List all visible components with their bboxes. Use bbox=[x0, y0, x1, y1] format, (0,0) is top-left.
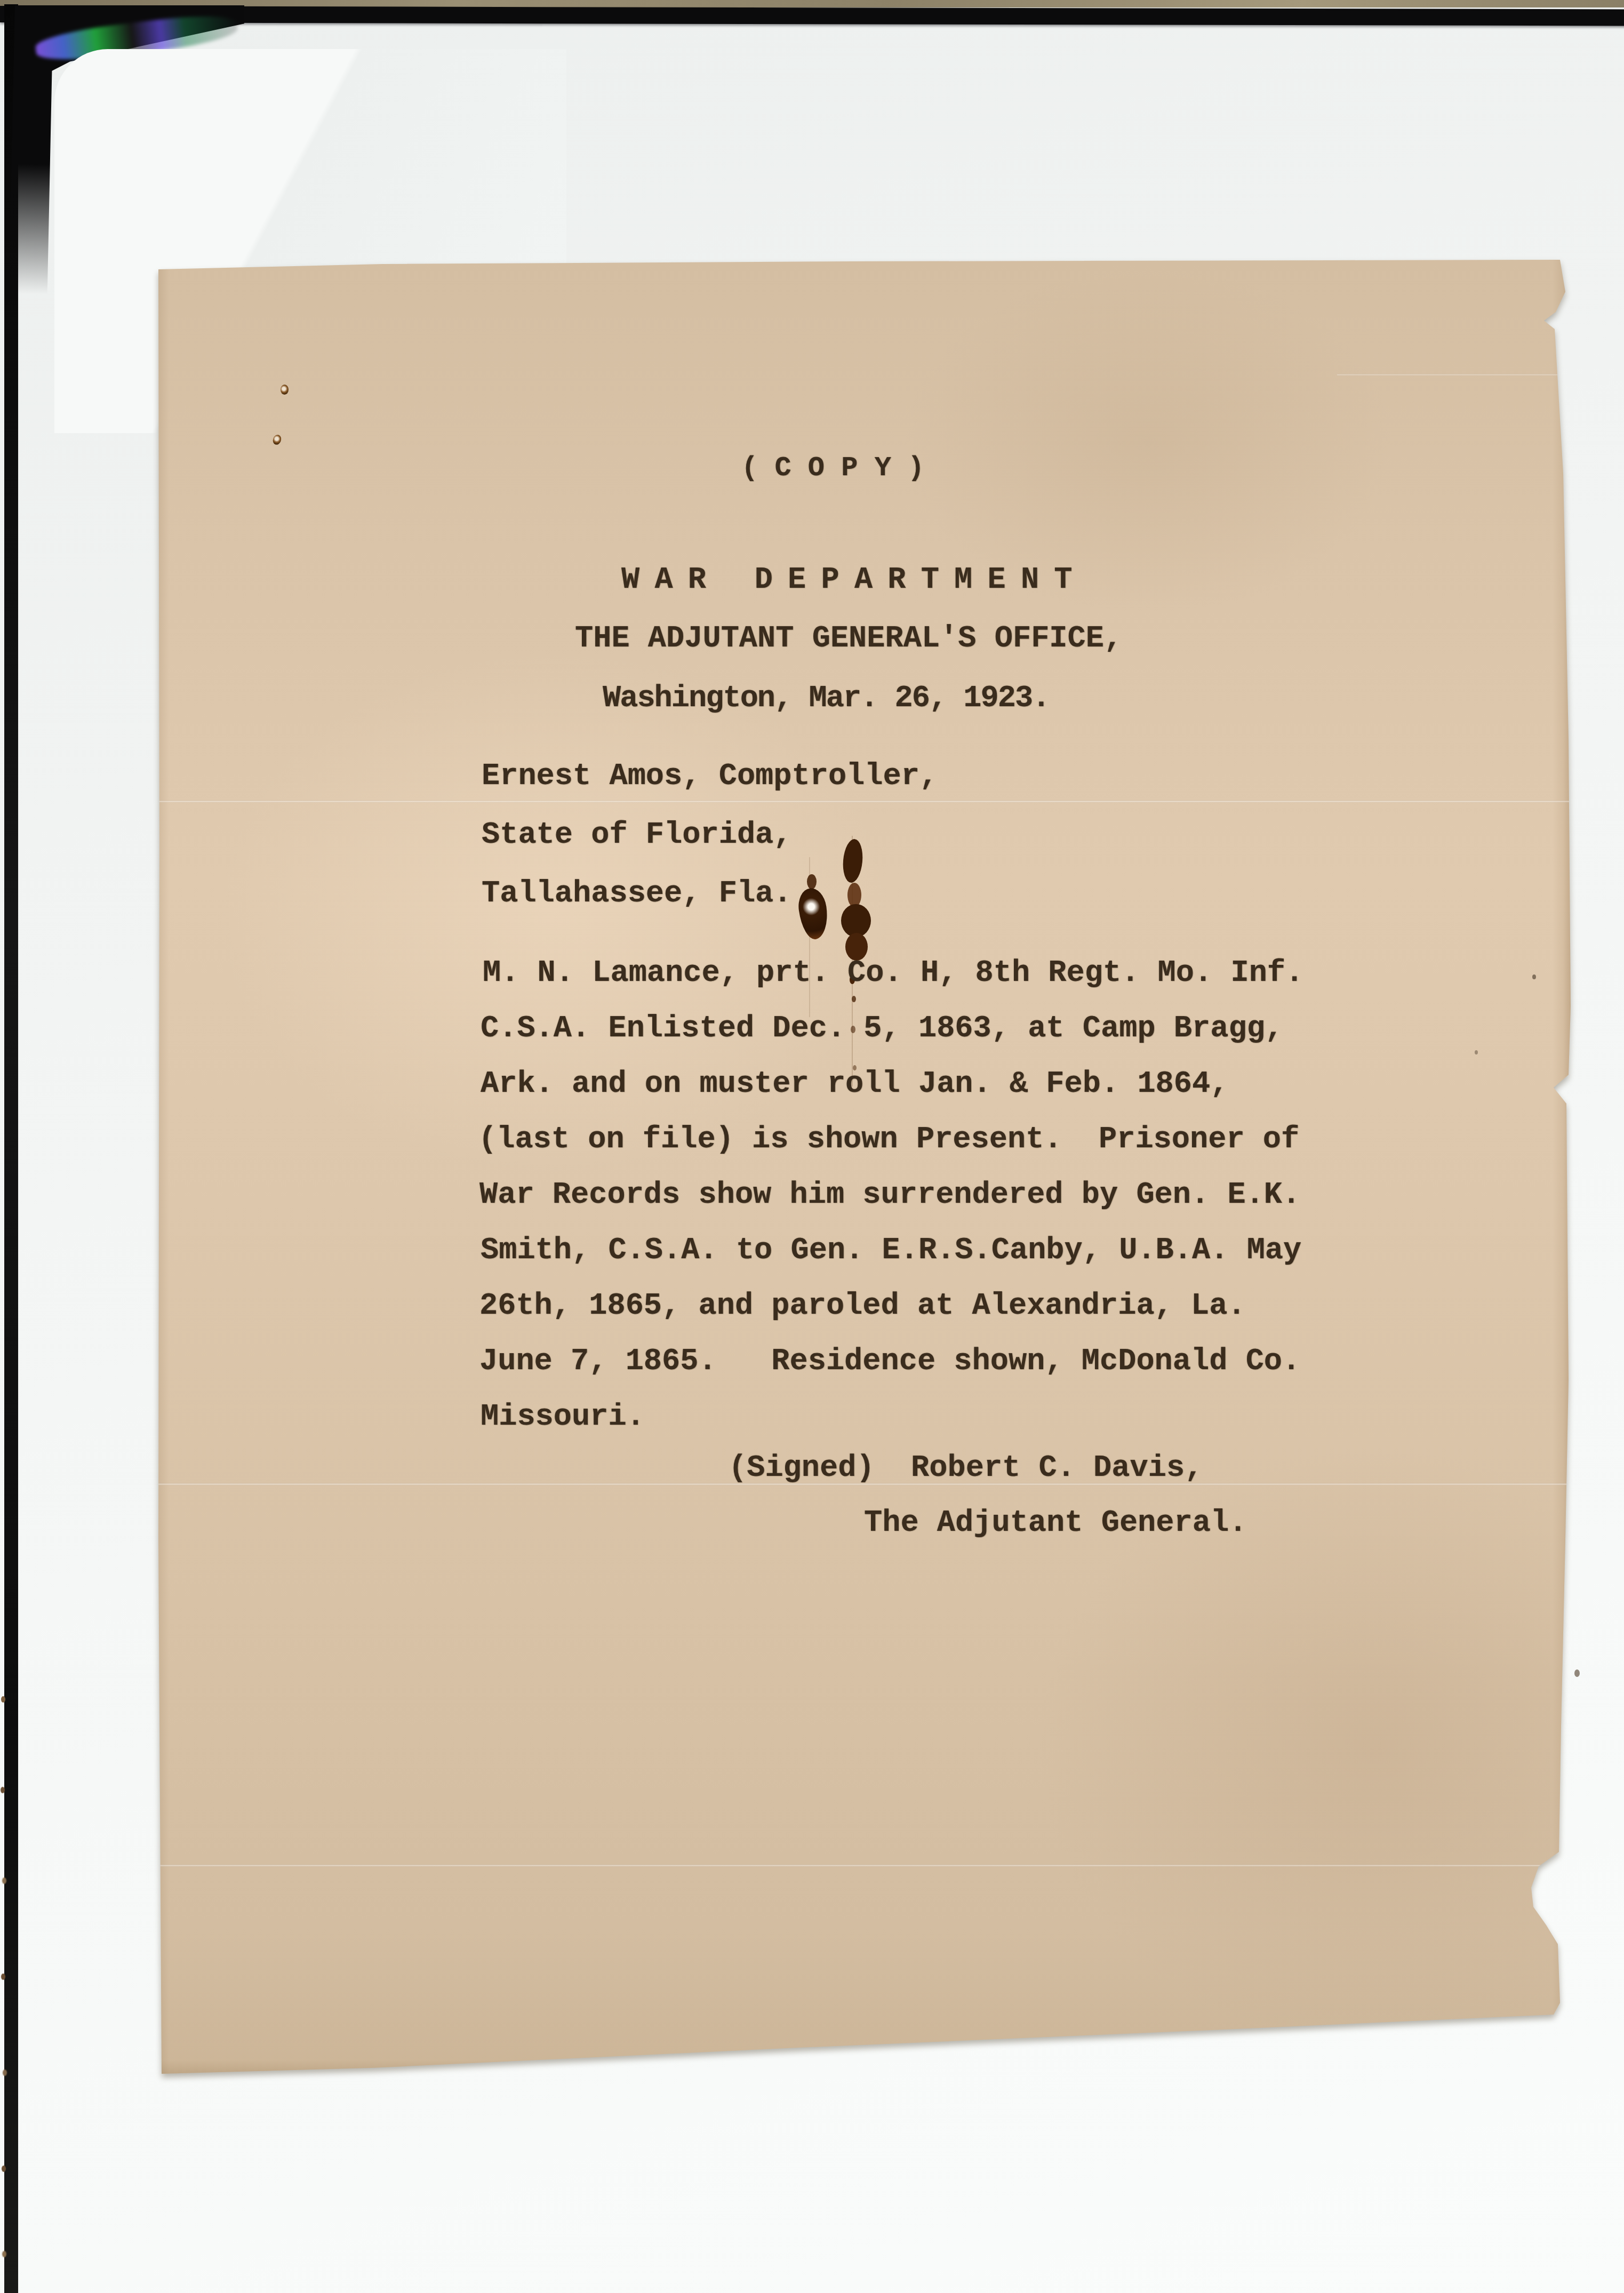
body-line-7: 26th, 1865, and paroled at Alexandria, L… bbox=[479, 1291, 1246, 1322]
ink-blot-teardrop bbox=[796, 886, 831, 941]
paper-speck bbox=[1475, 1050, 1478, 1054]
body-line-9: Missouri. bbox=[481, 1402, 645, 1433]
scan-dust-specks bbox=[1, 1696, 5, 1703]
body-line-1: M. N. Lamance, prt. Co. H, 8th Regt. Mo.… bbox=[483, 958, 1303, 989]
body-line-2: C.S.A. Enlisted Dec. 5, 1863, at Camp Br… bbox=[481, 1014, 1283, 1044]
signature-title-line: The Adjutant General. bbox=[864, 1508, 1247, 1539]
letterhead-office: THE ADJUTANT GENERAL'S OFFICE, bbox=[575, 624, 1122, 654]
body-line-5: War Records show him surrendered by Gen.… bbox=[479, 1180, 1300, 1211]
fold-crease-1 bbox=[158, 800, 1572, 803]
body-line-6: Smith, C.S.A. to Gen. E.R.S.Canby, U.B.A… bbox=[481, 1236, 1301, 1266]
recipient-line-1: Ernest Amos, Comptroller, bbox=[482, 762, 938, 792]
recipient-line-2: State of Florida, bbox=[482, 820, 792, 851]
ink-blob bbox=[841, 838, 864, 884]
body-line-8: June 7, 1865. Residence shown, McDonald … bbox=[479, 1347, 1300, 1377]
worm-hole bbox=[281, 385, 289, 395]
fold-crease-3 bbox=[158, 1864, 1572, 1867]
paper-texture bbox=[158, 260, 1572, 2074]
copy-label: ( C O P Y ) bbox=[741, 454, 924, 482]
paper-sheet: ( C O P Y ) W A R D E P A R T M E N T TH… bbox=[158, 260, 1572, 2074]
letterhead-department: W A R D E P A R T M E N T bbox=[621, 565, 1071, 596]
ink-drip-dot bbox=[852, 996, 856, 1002]
recipient-line-3: Tallahassee, Fla. bbox=[482, 879, 792, 909]
signature-signed-line: (Signed) Robert C. Davis, bbox=[729, 1453, 1203, 1484]
paper-speck bbox=[1532, 974, 1536, 979]
scan-dust-speck bbox=[1574, 1669, 1580, 1677]
ink-blob bbox=[807, 874, 817, 889]
fold-crease-top bbox=[1337, 373, 1572, 376]
ink-blob bbox=[841, 904, 871, 937]
body-line-3: Ark. and on muster roll Jan. & Feb. 1864… bbox=[481, 1069, 1228, 1100]
document-paper: ( C O P Y ) W A R D E P A R T M E N T TH… bbox=[158, 260, 1572, 2074]
scan-background: ( C O P Y ) W A R D E P A R T M E N T TH… bbox=[0, 0, 1624, 2293]
letterhead-dateline: Washington, Mar. 26, 1923. bbox=[603, 684, 1049, 714]
scanner-left-band bbox=[4, 4, 18, 2293]
body-line-4: (last on file) is shown Present. Prisone… bbox=[478, 1125, 1299, 1155]
